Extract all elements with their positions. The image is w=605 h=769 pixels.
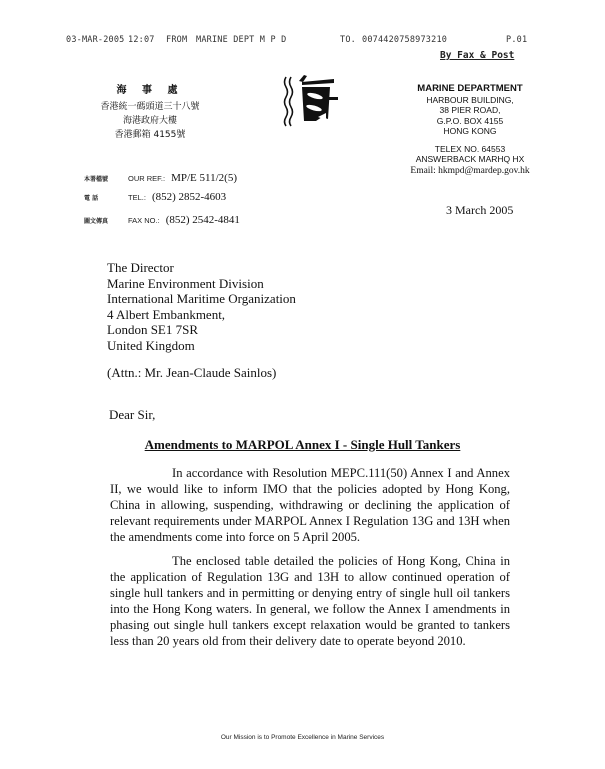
our-ref-value: MP/E 511/2(5): [171, 172, 237, 184]
body-paragraph: The enclosed table detailed the policies…: [110, 553, 510, 649]
fax-to-label: TO.: [340, 35, 356, 45]
fax-to-number: 0074420758973210: [362, 35, 447, 45]
fax-value: (852) 2542-4841: [166, 214, 240, 226]
recipient-line: Marine Environment Division: [107, 276, 296, 292]
our-ref-label-chinese: 本署檔號: [84, 174, 124, 183]
address-line: G.P.O. BOX 4155: [400, 116, 540, 127]
paragraph-text: In accordance with Resolution MEPC.111(5…: [110, 466, 510, 544]
recipient-line: United Kingdom: [107, 338, 296, 354]
fax-label-chinese: 圖文傳真: [84, 216, 124, 225]
our-ref-label: OUR REF.:: [128, 174, 165, 183]
address-line-chinese: 香港統一碼頭道三十八號: [80, 100, 220, 114]
fax-row: 圖文傳真 FAX NO.: (852) 2542-4841: [84, 210, 240, 228]
paragraph-text: The enclosed table detailed the policies…: [110, 554, 510, 648]
marine-department-logo-icon: [282, 73, 342, 128]
recipient-line: London SE1 7SR: [107, 322, 296, 338]
fax-label: FAX NO.:: [128, 216, 160, 225]
recipient-line: The Director: [107, 260, 296, 276]
email-address: Email: hkmpd@mardep.gov.hk: [400, 166, 540, 177]
recipient-line: International Maritime Organization: [107, 291, 296, 307]
address-line: 38 PIER ROAD,: [400, 105, 540, 116]
delivery-method: By Fax & Post: [440, 50, 514, 61]
footer-mission-statement: Our Mission is to Promote Excellence in …: [0, 734, 605, 741]
address-line: HONG KONG: [400, 126, 540, 137]
fax-date: 03-MAR-2005: [66, 35, 125, 45]
our-ref-row: 本署檔號 OUR REF.: MP/E 511/2(5): [84, 168, 237, 186]
body-paragraph: In accordance with Resolution MEPC.111(5…: [110, 465, 510, 545]
fax-time: 12:07: [128, 35, 155, 45]
attention-line: (Attn.: Mr. Jean-Claude Sainlos): [107, 365, 276, 381]
address-line-chinese: 香港郵箱 4155號: [80, 128, 220, 142]
address-line-chinese: 海港政府大樓: [80, 114, 220, 128]
tel-value: (852) 2852-4603: [152, 191, 226, 203]
letterhead-english: MARINE DEPARTMENT HARBOUR BUILDING, 38 P…: [400, 84, 540, 176]
address-line: HARBOUR BUILDING,: [400, 95, 540, 106]
telex-number: TELEX NO. 64553: [400, 144, 540, 155]
recipient-address: The Director Marine Environment Division…: [107, 260, 296, 354]
tel-row: 電 話 TEL.: (852) 2852-4603: [84, 187, 226, 205]
answerback: ANSWERBACK MARHQ HX: [400, 154, 540, 165]
recipient-line: 4 Albert Embankment,: [107, 307, 296, 323]
tel-label-chinese: 電 話: [84, 193, 124, 202]
department-name: MARINE DEPARTMENT: [400, 84, 540, 95]
department-name-chinese: 海 事 處: [80, 84, 220, 98]
fax-from-label: FROM: [166, 35, 187, 45]
fax-page: P.01: [506, 35, 527, 45]
subject-heading: Amendments to MARPOL Annex I - Single Hu…: [0, 437, 605, 453]
salutation: Dear Sir,: [109, 407, 155, 423]
fax-from: MARINE DEPT M P D: [196, 35, 286, 45]
letterhead-chinese: 海 事 處 香港統一碼頭道三十八號 海港政府大樓 香港郵箱 4155號: [80, 84, 220, 142]
tel-label: TEL.:: [128, 193, 146, 202]
letter-date: 3 March 2005: [446, 203, 513, 218]
